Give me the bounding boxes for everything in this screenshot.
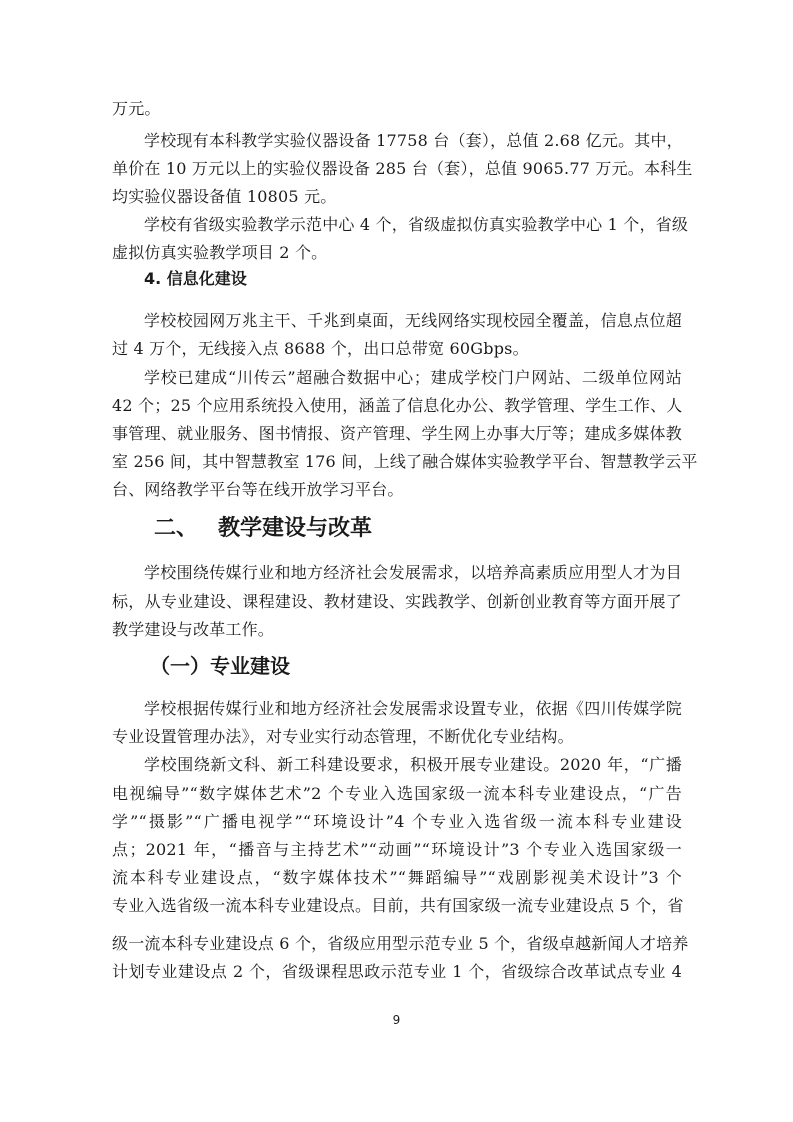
paragraph-line: 事管理、就业服务、图书情报、资产管理、学生网上办事大厅等；建成多媒体教 — [112, 424, 682, 444]
paragraph-line: 学校已建成“川传云”超融合数据中心；建成学校门户网站、二级单位网站 — [144, 368, 682, 388]
section-number: 二、 — [154, 516, 198, 541]
paragraph-line: 学”“摄影”“广播电视学”“环境设计”4 个专业入选省级一流本科专业建设 — [112, 812, 682, 832]
paragraph-line: 学校现有本科教学实验仪器设备 17758 台（套），总值 2.68 亿元。其中， — [144, 131, 682, 151]
paragraph-line: 万元。 — [112, 99, 682, 119]
paragraph-line: 计划专业建设点 2 个，省级课程思政示范专业 1 个，省级综合改革试点专业 4 — [112, 962, 682, 982]
section-heading-3: （一）专业建设 — [150, 653, 290, 679]
paragraph-line: 标，从专业建设、课程建设、教材建设、实践教学、创新创业教育等方面开展了 — [112, 592, 682, 612]
paragraph-line: 点；2021 年，“播音与主持艺术”“动画”“环境设计”3 个专业入选国家级一 — [112, 840, 682, 860]
section-heading-4: 4. 信息化建设 — [144, 269, 247, 289]
paragraph-line: 42 个；25 个应用系统投入使用，涵盖了信息化办公、教学管理、学生工作、人 — [112, 396, 682, 416]
paragraph-line: 流本科专业建设点，“数字媒体技术”“舞蹈编导”“戏剧影视美术设计”3 个 — [112, 868, 682, 888]
paragraph-line: 学校有省级实验教学示范中心 4 个，省级虚拟仿真实验教学中心 1 个，省级 — [144, 215, 682, 235]
paragraph-line: 学校围绕传媒行业和地方经济社会发展需求，以培养高素质应用型人才为目 — [144, 563, 682, 583]
paragraph-line: 级一流本科专业建设点 6 个，省级应用型示范专业 5 个，省级卓越新闻人才培养 — [112, 934, 682, 954]
paragraph-line: 台、网络教学平台等在线开放学习平台。 — [112, 480, 682, 500]
paragraph-line: 学校围绕新文科、新工科建设要求，积极开展专业建设。2020 年，“广播 — [144, 755, 682, 775]
paragraph-line: 专业入选省级一流本科专业建设点。目前，共有国家级一流专业建设点 5 个，省 — [112, 896, 682, 916]
paragraph-line: 专业设置管理办法》，对专业实行动态管理，不断优化专业结构。 — [112, 727, 682, 747]
paragraph-line: 过 4 万个，无线接入点 8688 个，出口总带宽 60Gbps。 — [112, 339, 682, 359]
paragraph-line: 虚拟仿真实验教学项目 2 个。 — [112, 243, 682, 263]
page-number: 9 — [0, 1013, 793, 1027]
paragraph-line: 学校根据传媒行业和地方经济社会发展需求设置专业，依据《四川传媒学院 — [144, 699, 682, 719]
paragraph-line: 电视编导”“数字媒体艺术”2 个专业入选国家级一流本科专业建设点，“广告 — [112, 784, 682, 804]
paragraph-line: 学校校园网万兆主干、千兆到桌面，无线网络实现校园全覆盖，信息点位超 — [144, 311, 682, 331]
paragraph-line: 室 256 间，其中智慧教室 176 间，上线了融合媒体实验教学平台、智慧教学云… — [112, 452, 682, 472]
paragraph-line: 单价在 10 万元以上的实验仪器设备 285 台（套），总值 9065.77 万… — [112, 159, 682, 179]
paragraph-line: 均实验仪器设备值 10805 元。 — [112, 187, 682, 207]
section-heading-2: 二、教学建设与改革 — [154, 515, 372, 543]
section-title: 教学建设与改革 — [218, 516, 372, 541]
paragraph-line: 教学建设与改革工作。 — [112, 620, 682, 640]
